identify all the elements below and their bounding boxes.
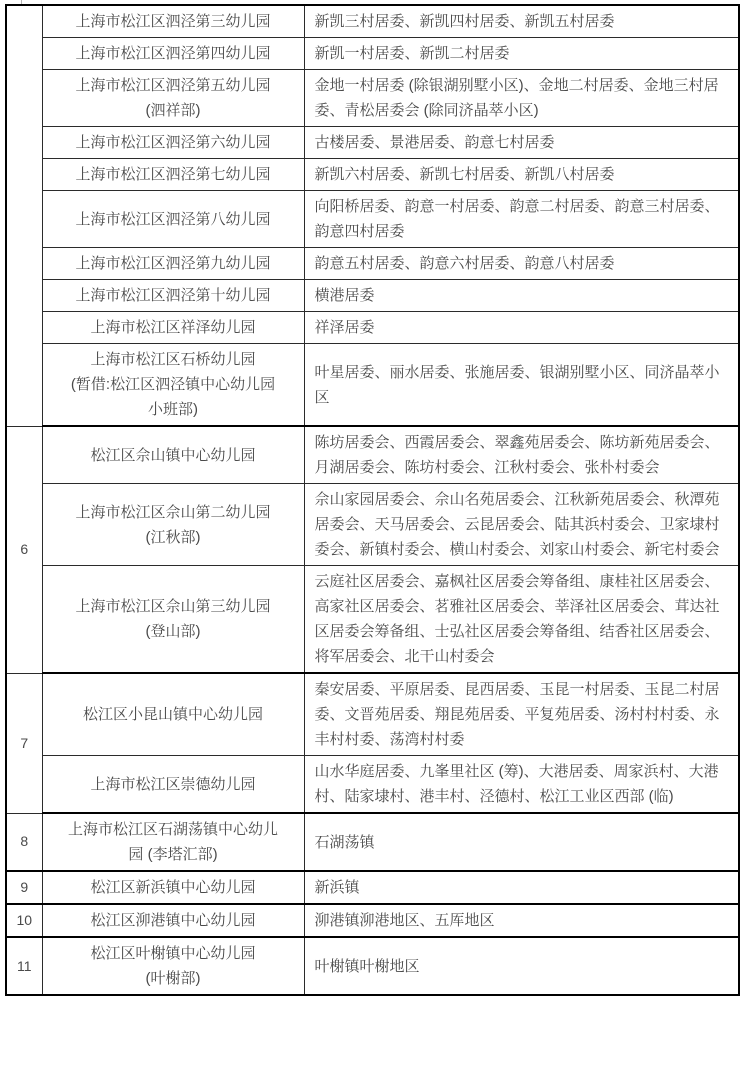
area-cell: 向阳桥居委、韵意一村居委、韵意二村居委、韵意三村居委、韵意四村居委 <box>304 191 739 248</box>
table-row: 上海市松江区崇德幼儿园 山水华庭居委、九峯里社区 (筹)、大港居委、周家浜村、大… <box>6 756 739 814</box>
table-row: 11 松江区叶榭镇中心幼儿园 (叶榭部) 叶榭镇叶榭地区 <box>6 937 739 995</box>
school-cell: 上海市松江区泗泾第六幼儿园 <box>42 127 304 159</box>
school-cell: 松江区新浜镇中心幼儿园 <box>42 871 304 904</box>
area-cell: 新凯一村居委、新凯二村居委 <box>304 38 739 70</box>
table-row: 9 松江区新浜镇中心幼儿园 新浜镇 <box>6 871 739 904</box>
row-number-cell: 9 <box>6 871 42 904</box>
table-row: 上海市松江区泗泾第十幼儿园 横港居委 <box>6 280 739 312</box>
row-number-cell: 10 <box>6 904 42 937</box>
table-row: 上海市松江区泗泾第四幼儿园 新凯一村居委、新凯二村居委 <box>6 38 739 70</box>
school-cell: 上海市松江区泗泾第九幼儿园 <box>42 248 304 280</box>
table-row: 8 上海市松江区石湖荡镇中心幼儿 园 (李塔汇部) 石湖荡镇 <box>6 813 739 871</box>
table-row: 上海市松江区泗泾第九幼儿园 韵意五村居委、韵意六村居委、韵意八村居委 <box>6 248 739 280</box>
kindergarten-allocation-table: 上海市松江区泗泾第三幼儿园 新凯三村居委、新凯四村居委、新凯五村居委 上海市松江… <box>5 4 740 996</box>
area-cell: 秦安居委、平原居委、昆西居委、玉昆一村居委、玉昆二村居委、文晋苑居委、翔昆苑居委… <box>304 673 739 756</box>
table-row: 10 松江区泖港镇中心幼儿园 泖港镇泖港地区、五厍地区 <box>6 904 739 937</box>
table-row: 上海市松江区泗泾第八幼儿园 向阳桥居委、韵意一村居委、韵意二村居委、韵意三村居委… <box>6 191 739 248</box>
school-cell: 上海市松江区泗泾第七幼儿园 <box>42 159 304 191</box>
school-cell: 松江区泖港镇中心幼儿园 <box>42 904 304 937</box>
row-number-cell: 7 <box>6 673 42 813</box>
area-cell: 云庭社区居委会、嘉枫社区居委会筹备组、康桂社区居委会、高家社区居委会、茗雅社区居… <box>304 566 739 674</box>
school-cell: 松江区佘山镇中心幼儿园 <box>42 426 304 484</box>
area-cell: 泖港镇泖港地区、五厍地区 <box>304 904 739 937</box>
row-number-cell: 8 <box>6 813 42 871</box>
area-cell: 祥泽居委 <box>304 312 739 344</box>
area-cell: 新浜镇 <box>304 871 739 904</box>
table-row: 上海市松江区佘山第二幼儿园 (江秋部) 佘山家园居委会、佘山名苑居委会、江秋新苑… <box>6 484 739 566</box>
area-cell: 佘山家园居委会、佘山名苑居委会、江秋新苑居委会、秋潭苑居委会、天马居委会、云昆居… <box>304 484 739 566</box>
area-cell: 陈坊居委会、西霞居委会、翠鑫苑居委会、陈坊新苑居委会、月湖居委会、陈坊村委会、江… <box>304 426 739 484</box>
table-row: 上海市松江区泗泾第七幼儿园 新凯六村居委、新凯七村居委、新凯八村居委 <box>6 159 739 191</box>
school-cell: 上海市松江区泗泾第十幼儿园 <box>42 280 304 312</box>
document-page: 上海市松江区泗泾第三幼儿园 新凯三村居委、新凯四村居委、新凯五村居委 上海市松江… <box>0 0 743 1071</box>
school-cell: 上海市松江区佘山第二幼儿园 (江秋部) <box>42 484 304 566</box>
area-cell: 叶星居委、丽水居委、张施居委、银湖别墅小区、同济晶萃小区 <box>304 344 739 427</box>
area-cell: 新凯六村居委、新凯七村居委、新凯八村居委 <box>304 159 739 191</box>
area-cell: 新凯三村居委、新凯四村居委、新凯五村居委 <box>304 5 739 38</box>
area-cell: 金地一村居委 (除银湖别墅小区)、金地二村居委、金地三村居委、青松居委会 (除同… <box>304 70 739 127</box>
school-cell: 上海市松江区泗泾第三幼儿园 <box>42 5 304 38</box>
area-cell: 古楼居委、景港居委、韵意七村居委 <box>304 127 739 159</box>
school-cell: 上海市松江区泗泾第八幼儿园 <box>42 191 304 248</box>
school-cell: 松江区小昆山镇中心幼儿园 <box>42 673 304 756</box>
table-row: 上海市松江区佘山第三幼儿园 (登山部) 云庭社区居委会、嘉枫社区居委会筹备组、康… <box>6 566 739 674</box>
school-cell: 上海市松江区崇德幼儿园 <box>42 756 304 814</box>
school-cell: 上海市松江区石桥幼儿园 (暂借:松江区泗泾镇中心幼儿园 小班部) <box>42 344 304 427</box>
school-cell: 松江区叶榭镇中心幼儿园 (叶榭部) <box>42 937 304 995</box>
row-number-cell: 6 <box>6 426 42 673</box>
row-number-cell: 11 <box>6 937 42 995</box>
area-cell: 叶榭镇叶榭地区 <box>304 937 739 995</box>
school-cell: 上海市松江区祥泽幼儿园 <box>42 312 304 344</box>
row-number-cell <box>6 5 42 426</box>
table-row: 上海市松江区泗泾第六幼儿园 古楼居委、景港居委、韵意七村居委 <box>6 127 739 159</box>
area-cell: 石湖荡镇 <box>304 813 739 871</box>
area-cell: 韵意五村居委、韵意六村居委、韵意八村居委 <box>304 248 739 280</box>
table-row: 7 松江区小昆山镇中心幼儿园 秦安居委、平原居委、昆西居委、玉昆一村居委、玉昆二… <box>6 673 739 756</box>
area-cell: 山水华庭居委、九峯里社区 (筹)、大港居委、周家浜村、大港村、陆家埭村、港丰村、… <box>304 756 739 814</box>
school-cell: 上海市松江区佘山第三幼儿园 (登山部) <box>42 566 304 674</box>
table-row: 上海市松江区泗泾第五幼儿园 (泗祥部) 金地一村居委 (除银湖别墅小区)、金地二… <box>6 70 739 127</box>
table-row: 上海市松江区泗泾第三幼儿园 新凯三村居委、新凯四村居委、新凯五村居委 <box>6 5 739 38</box>
school-cell: 上海市松江区泗泾第五幼儿园 (泗祥部) <box>42 70 304 127</box>
table-row: 上海市松江区石桥幼儿园 (暂借:松江区泗泾镇中心幼儿园 小班部) 叶星居委、丽水… <box>6 344 739 427</box>
school-cell: 上海市松江区石湖荡镇中心幼儿 园 (李塔汇部) <box>42 813 304 871</box>
school-cell: 上海市松江区泗泾第四幼儿园 <box>42 38 304 70</box>
table-row: 6 松江区佘山镇中心幼儿园 陈坊居委会、西霞居委会、翠鑫苑居委会、陈坊新苑居委会… <box>6 426 739 484</box>
table-row: 上海市松江区祥泽幼儿园 祥泽居委 <box>6 312 739 344</box>
area-cell: 横港居委 <box>304 280 739 312</box>
